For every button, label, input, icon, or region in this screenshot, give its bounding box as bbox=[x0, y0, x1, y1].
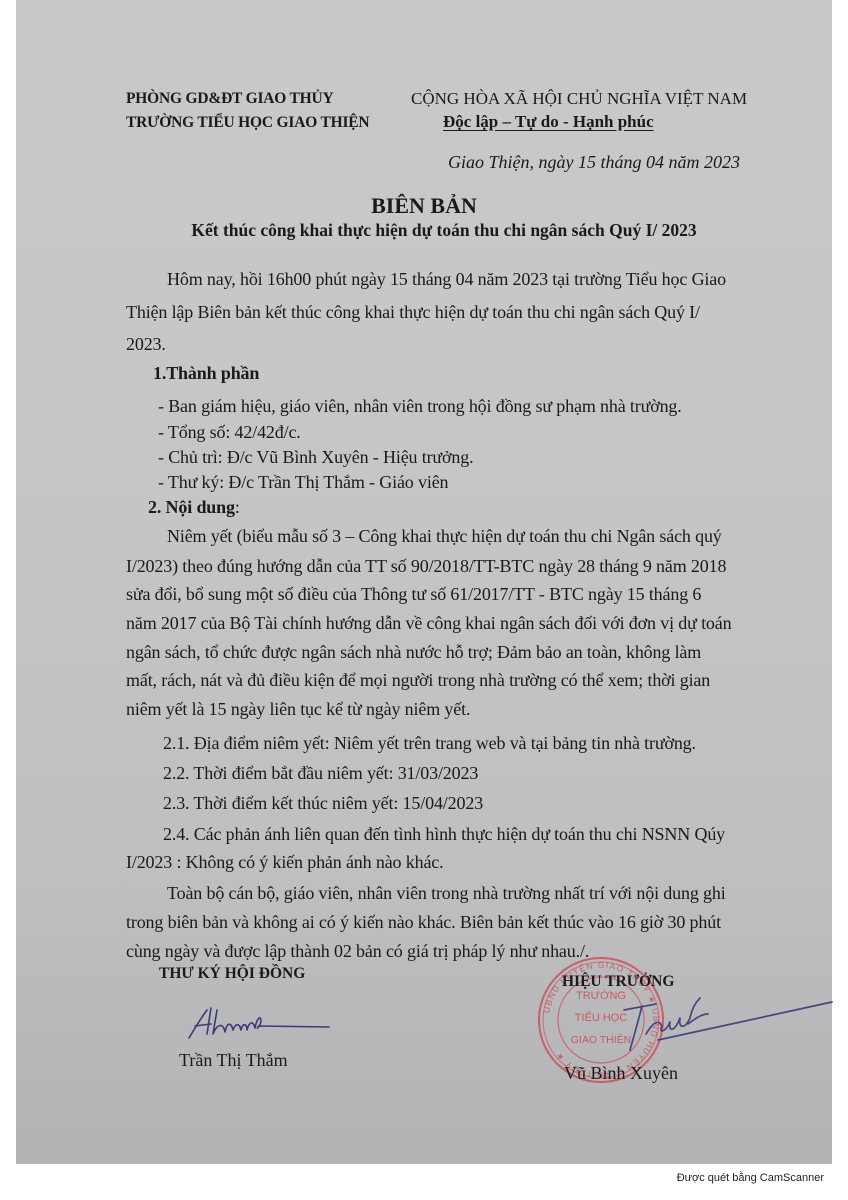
camscanner-watermark: Được quét bằng CamScanner bbox=[677, 1172, 824, 1184]
secretary-title: THƯ KÝ HỘI ĐỒNG bbox=[159, 965, 305, 983]
principal-signature-icon bbox=[606, 988, 836, 1058]
section2-paragraph-line: Niêm yết (biểu mẫu số 3 – Công khai thực… bbox=[167, 526, 722, 547]
section2-subitem-location: 2.1. Địa điểm niêm yết: Niêm yết trên tr… bbox=[163, 733, 696, 754]
intro-line-3: 2023. bbox=[126, 334, 166, 355]
document-title: BIÊN BẢN bbox=[0, 193, 848, 219]
section2-subitem-feedback-cont: I/2023 : Không có ý kiến phản ánh nào kh… bbox=[126, 852, 443, 873]
section2-subitem-start: 2.2. Thời điểm bắt đầu niêm yết: 31/03/2… bbox=[163, 763, 478, 784]
header-school: TRƯỜNG TIỂU HỌC GIAO THIỆN bbox=[126, 114, 369, 132]
header-department: PHÒNG GD&ĐT GIAO THỦY bbox=[126, 90, 334, 108]
document-subtitle: Kết thúc công khai thực hiện dự toán thu… bbox=[0, 220, 848, 241]
section1-item: - Chủ trì: Đ/c Vũ Bình Xuyên - Hiệu trưở… bbox=[158, 447, 473, 468]
section1-item: - Ban giám hiệu, giáo viên, nhân viên tr… bbox=[158, 396, 682, 417]
closing-line: cùng ngày và được lập thành 02 bản có gi… bbox=[126, 941, 589, 962]
closing-line: trong biên bản và không ai có ý kiến nào… bbox=[126, 912, 721, 933]
header-motto: Độc lập – Tự do - Hạnh phúc bbox=[443, 112, 654, 132]
section2-subitem-end: 2.3. Thời điểm kết thúc niêm yết: 15/04/… bbox=[163, 793, 483, 814]
section1-item: - Tổng số: 42/42đ/c. bbox=[158, 422, 301, 443]
document-date: Giao Thiện, ngày 15 tháng 04 năm 2023 bbox=[448, 152, 740, 173]
section2-paragraph-line: năm 2017 của Bộ Tài chính hướng dẫn về c… bbox=[126, 613, 731, 634]
section2-heading-text: 2. Nội dung bbox=[148, 497, 235, 517]
section2-paragraph-line: sửa đổi, bổ sung một số điều của Thông t… bbox=[126, 584, 701, 605]
intro-line-1: Hôm nay, hồi 16h00 phút ngày 15 tháng 04… bbox=[167, 269, 726, 290]
header-country: CỘNG HÒA XÃ HỘI CHỦ NGHĨA VIỆT NAM bbox=[411, 89, 747, 109]
principal-name: Vũ Bình Xuyên bbox=[564, 1063, 678, 1084]
section2-paragraph-line: ngân sách, tổ chức được ngân sách nhà nư… bbox=[126, 642, 701, 663]
section2-heading: 2. Nội dung: bbox=[148, 497, 240, 518]
section1-item: - Thư ký: Đ/c Trần Thị Thắm - Giáo viên bbox=[158, 472, 448, 493]
section1-heading: 1.Thành phần bbox=[153, 363, 259, 384]
section2-paragraph-line: mất, rách, nát và đủ điều kiện để mọi ng… bbox=[126, 670, 710, 691]
scanned-document-page: PHÒNG GD&ĐT GIAO THỦY TRƯỜNG TIỂU HỌC GI… bbox=[16, 0, 832, 1164]
section2-paragraph-line: I/2023) theo đúng hướng dẫn của TT số 90… bbox=[126, 556, 726, 577]
section2-heading-colon: : bbox=[235, 497, 240, 517]
closing-line: Toàn bộ cán bộ, giáo viên, nhân viên tro… bbox=[167, 883, 726, 904]
secretary-name: Trần Thị Thắm bbox=[179, 1050, 288, 1071]
secretary-signature-icon bbox=[181, 1000, 331, 1045]
section2-subitem-feedback: 2.4. Các phản ánh liên quan đến tình hìn… bbox=[163, 824, 725, 845]
intro-line-2: Thiện lập Biên bản kết thúc công khai th… bbox=[126, 302, 700, 323]
section2-paragraph-line: niêm yết là 15 ngày liên tục kể từ ngày … bbox=[126, 699, 470, 720]
